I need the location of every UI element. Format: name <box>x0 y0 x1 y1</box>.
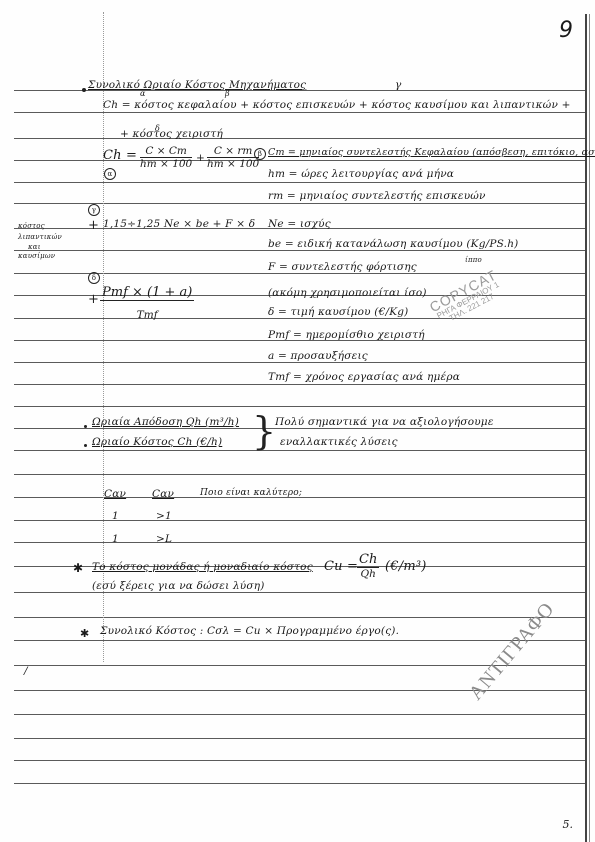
compare-row1-col2: >1 <box>156 510 172 522</box>
circle-icon: β <box>254 148 266 160</box>
fraction-denominator: hm × 100 <box>140 158 192 170</box>
total-cost: Συνολικό Κόστος : Cσλ = Cu × Προγραμμένο… <box>100 625 399 637</box>
def-pmf: Pmf = ημερομίσθιο χειριστή <box>268 329 425 341</box>
page-edge-inner <box>589 14 590 842</box>
ruled-line <box>14 783 587 784</box>
ruled-line <box>14 112 587 113</box>
margin-note-line1: κόστος <box>18 222 45 230</box>
ruled-line <box>14 542 587 543</box>
fraction-numerator: Pmf × (1 + a) <box>100 285 194 301</box>
circled-marker-delta: δ <box>88 271 100 284</box>
compare-row2-col1: 1 <box>112 533 119 545</box>
unit-cost-fraction: Ch Qh <box>357 552 379 580</box>
formula-alpha-fraction: C × Cm hm × 100 <box>140 145 192 170</box>
brace-note-line2: εναλλακτικές λύσεις <box>280 436 398 448</box>
def-a: a = προσαυξήσεις <box>268 350 368 362</box>
bullet-icon <box>84 444 87 447</box>
compare-row1-col1: 1 <box>112 510 119 522</box>
def-f: F = συντελεστής φόρτισης <box>268 261 417 273</box>
ruled-line <box>14 384 587 385</box>
ruled-line <box>14 640 587 641</box>
def-be: be = ειδική κατανάλωση καυσίμου (Kg/PS.h… <box>268 238 518 250</box>
ruled-line <box>14 450 587 451</box>
plus-sign-c: + <box>88 218 99 233</box>
def-rm: rm = μηνιαίος συντελεστής επισκευών <box>268 190 486 202</box>
unit-cost-lhs: Cu = <box>324 559 358 574</box>
circle-icon: α <box>104 168 116 180</box>
ch-definition-line2: + κόστος χειριστή <box>120 128 223 140</box>
brace-icon: } <box>252 409 276 453</box>
def-delta: δ = τιμή καυσίμου (€/Kg) <box>268 306 408 318</box>
bullet-icon <box>84 425 87 428</box>
ruled-line <box>14 738 587 739</box>
ruled-line <box>14 362 587 363</box>
margin-note-line3: και <box>28 243 41 251</box>
ruled-line <box>14 474 587 475</box>
formula-beta-fraction: C × rm hm × 100 <box>207 145 259 170</box>
ruled-line <box>14 760 587 761</box>
plus-sign-d: + <box>88 292 99 307</box>
circled-marker-beta: β <box>254 147 266 160</box>
ruled-line <box>14 617 587 618</box>
fraction-numerator: Ch <box>357 552 379 568</box>
margin-note-line4: καυσίμων <box>18 252 55 260</box>
asterisk-icon: ✱ <box>80 627 89 640</box>
notebook-page: 9 Συνολικό Ωριαίο Κόστος Μηχανήματος γ α… <box>0 0 595 842</box>
fraction-denominator: Tmf <box>100 309 194 321</box>
copy-stamp: ΑΝΤΙΓΡΑΦΟ <box>465 598 560 705</box>
circled-marker-alpha: α <box>104 167 116 180</box>
formula-lhs: Ch = <box>103 148 137 163</box>
fraction-numerator: C × rm <box>207 145 259 158</box>
circle-icon: γ <box>88 204 100 216</box>
compare-header-1: Cαν <box>104 488 126 500</box>
ruled-line <box>14 428 587 429</box>
brace-note-line1: Πολύ σημαντικά για να αξιολογήσουμε <box>275 416 494 428</box>
ruled-line <box>14 250 587 251</box>
compare-header-2: Cαν <box>152 488 174 500</box>
title-mark: γ <box>395 79 401 91</box>
formula-gamma: 1,15÷1,25 Ne × be + F × δ <box>103 218 255 230</box>
page-number-top: 9 <box>559 18 573 43</box>
def-f2: (ακόμη χρησιμοποιείται ίσο) <box>268 287 427 299</box>
ruled-line <box>14 406 587 407</box>
margin-note-line2: λιπαντικών <box>18 233 62 241</box>
circled-marker-gamma: γ <box>88 203 100 216</box>
fraction-denominator: Qh <box>357 568 379 580</box>
marker-beta: β <box>225 89 230 98</box>
hourly-output: Ωριαία Απόδοση Qh (m³/h) <box>92 416 239 428</box>
def-cm: Cm = μηνιαίος συντελεστής Κεφαλαίου (από… <box>268 147 595 158</box>
formula-delta-fraction: Pmf × (1 + a) Tmf <box>100 285 194 321</box>
marker-alpha: α <box>140 89 146 98</box>
def-be-note: ίππο <box>465 256 482 264</box>
def-hm: hm = ώρες λειτουργίας ανά μήνα <box>268 168 454 180</box>
plus-sign: + <box>196 152 205 164</box>
ruled-line <box>14 182 587 183</box>
page-edge <box>585 14 587 842</box>
copycat-stamp: COPYCAT ΡΗΓΑ ΦΕΡΡΑΙΟΥ 1 ΤΗΛ. 221 217 <box>427 267 506 328</box>
fraction-numerator: C × Cm <box>140 145 192 158</box>
ruled-line <box>14 138 587 139</box>
ruled-line <box>14 714 587 715</box>
bullet-icon <box>82 88 86 92</box>
compare-question: Ποιο είναι καλύτερο; <box>200 488 302 498</box>
ruled-line <box>14 690 587 691</box>
ruled-line <box>14 160 587 161</box>
page-number-bottom: 5. <box>563 818 574 831</box>
ruled-line <box>14 592 587 593</box>
unit-cost-unit: (€/m³) <box>385 559 427 574</box>
def-tmf: Tmf = χρόνος εργασίας ανά ημέρα <box>268 371 460 383</box>
section-title: Συνολικό Ωριαίο Κόστος Μηχανήματος <box>88 79 306 91</box>
asterisk-icon: ✱ <box>73 561 83 575</box>
ch-definition-line1: Ch = κόστος κεφαλαίου + κόστος επισκευών… <box>103 99 571 111</box>
unit-cost-label: Το κόστος μονάδας ή μοναδιαίο κόστος <box>92 561 313 573</box>
ruled-line <box>14 520 587 521</box>
compare-row2-col2: >L <box>156 533 172 545</box>
hourly-cost: Ωριαίο Κόστος Ch (€/h) <box>92 436 222 448</box>
circle-icon: δ <box>88 272 100 284</box>
unit-cost-note: (εσύ ξέρεις για να δώσει λύση) <box>92 580 265 592</box>
stray-mark: / <box>24 665 28 677</box>
fraction-denominator: hm × 100 <box>207 158 259 170</box>
def-ne: Ne = ισχύς <box>268 218 331 230</box>
